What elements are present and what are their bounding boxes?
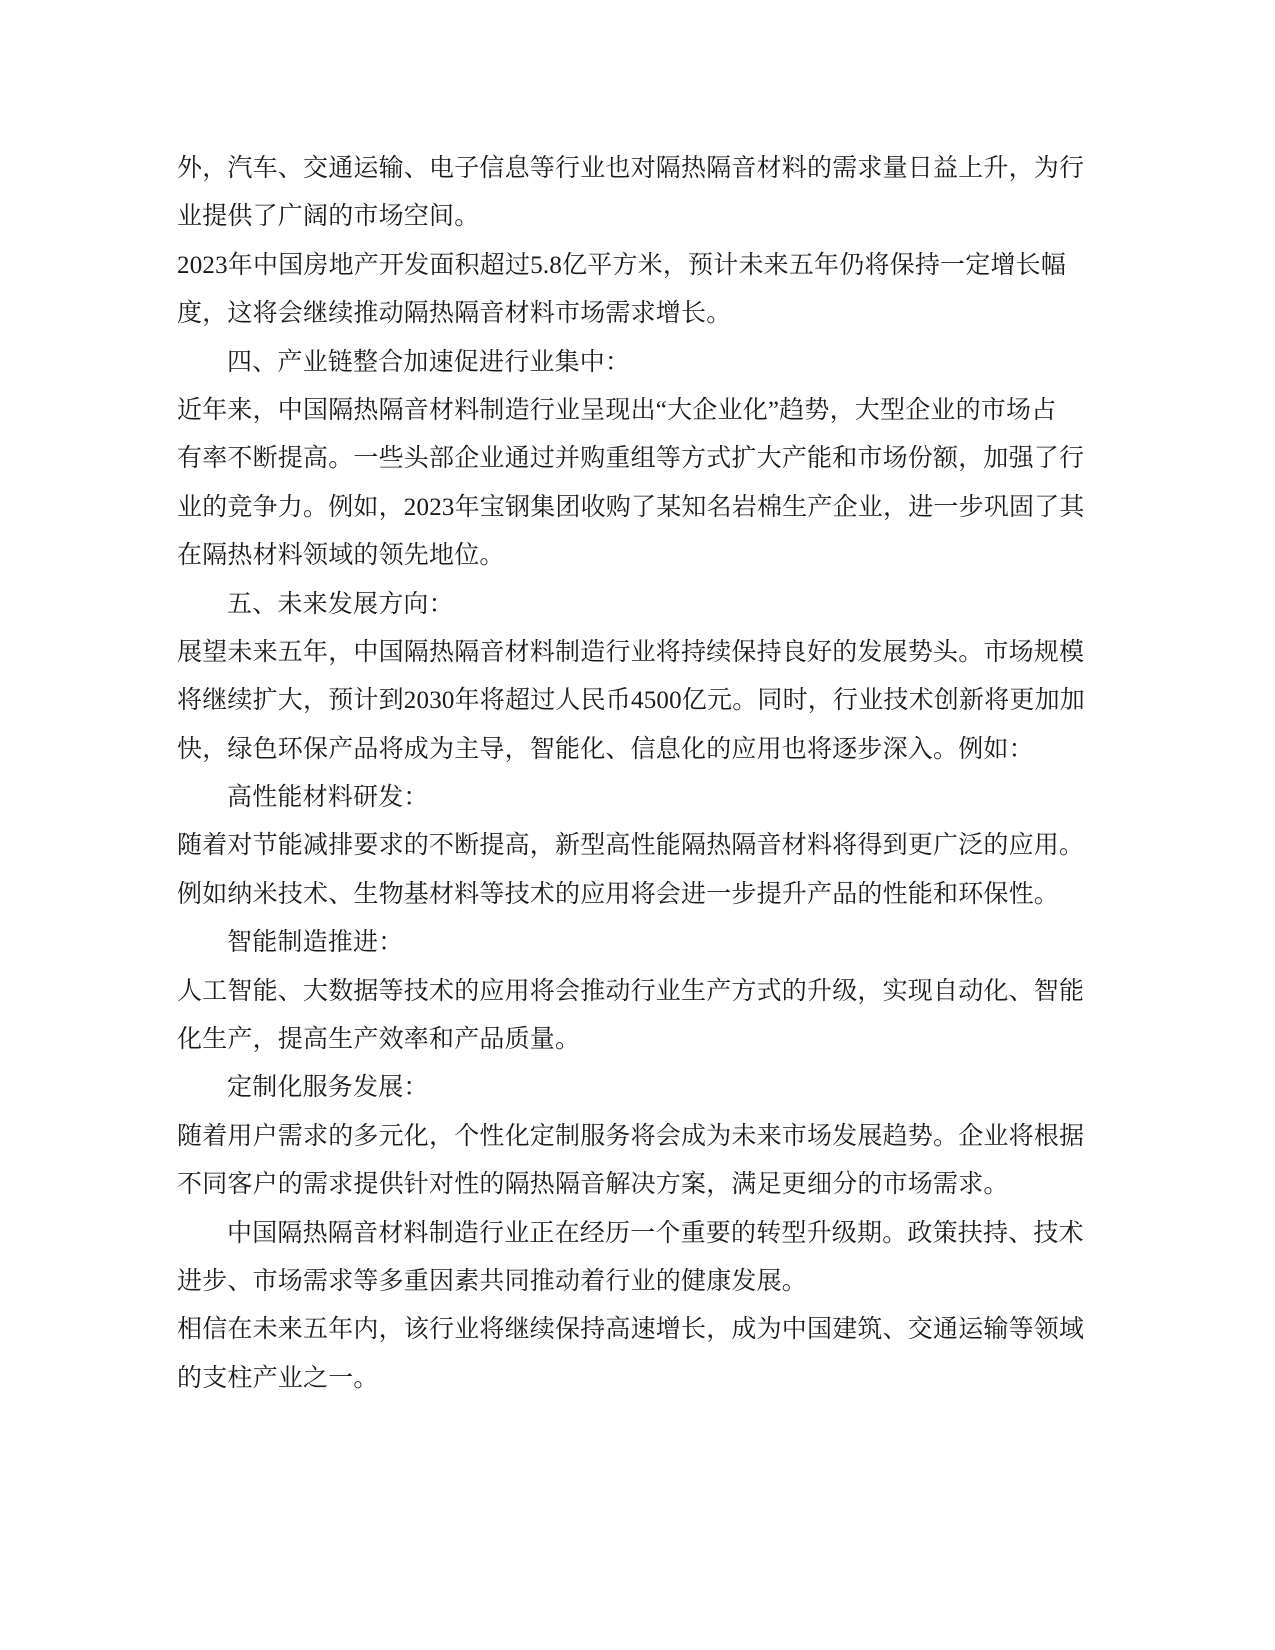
text-line: 高性能材料研发：	[177, 774, 1087, 822]
text-line: 不同客户的需求提供针对性的隔热隔音解决方案，满足更细分的市场需求。	[177, 1161, 1087, 1209]
text-line: 随着用户需求的多元化，个性化定制服务将会成为未来市场发展趋势。企业将根据	[177, 1113, 1087, 1161]
text-line: 相信在未来五年内，该行业将继续保持高速增长，成为中国建筑、交通运输等领域	[177, 1306, 1087, 1354]
text-line: 随着对节能减排要求的不断提高，新型高性能隔热隔音材料将得到更广泛的应用。	[177, 822, 1087, 870]
text-line: 快，绿色环保产品将成为主导，智能化、信息化的应用也将逐步深入。例如：	[177, 726, 1087, 774]
text-line: 近年来，中国隔热隔音材料制造行业呈现出“大企业化”趋势，大型企业的市场占	[177, 387, 1087, 435]
text-line: 外，汽车、交通运输、电子信息等行业也对隔热隔音材料的需求量日益上升，为行	[177, 145, 1087, 193]
text-line: 四、产业链整合加速促进行业集中：	[177, 339, 1087, 387]
text-line: 度，这将会继续推动隔热隔音材料市场需求增长。	[177, 290, 1087, 338]
text-line: 进步、市场需求等多重因素共同推动着行业的健康发展。	[177, 1258, 1087, 1306]
document-body: 外，汽车、交通运输、电子信息等行业也对隔热隔音材料的需求量日益上升，为行业提供了…	[177, 145, 1087, 1403]
text-line: 业的竞争力。例如，2023年宝钢集团收购了某知名岩棉生产企业，进一步巩固了其	[177, 484, 1087, 532]
text-line: 展望未来五年，中国隔热隔音材料制造行业将持续保持良好的发展势头。市场规模	[177, 629, 1087, 677]
text-line: 的支柱产业之一。	[177, 1355, 1087, 1403]
text-line: 智能制造推进：	[177, 919, 1087, 967]
document-page: 外，汽车、交通运输、电子信息等行业也对隔热隔音材料的需求量日益上升，为行业提供了…	[0, 0, 1275, 1650]
text-line: 将继续扩大，预计到2030年将超过人民币4500亿元。同时，行业技术创新将更加加	[177, 677, 1087, 725]
text-line: 例如纳米技术、生物基材料等技术的应用将会进一步提升产品的性能和环保性。	[177, 871, 1087, 919]
text-line: 中国隔热隔音材料制造行业正在经历一个重要的转型升级期。政策扶持、技术	[177, 1210, 1087, 1258]
text-line: 有率不断提高。一些头部企业通过并购重组等方式扩大产能和市场份额，加强了行	[177, 435, 1087, 483]
text-line: 化生产，提高生产效率和产品质量。	[177, 1016, 1087, 1064]
text-line: 在隔热材料领域的领先地位。	[177, 532, 1087, 580]
text-line: 2023年中国房地产开发面积超过5.8亿平方米，预计未来五年仍将保持一定增长幅	[177, 242, 1087, 290]
text-line: 人工智能、大数据等技术的应用将会推动行业生产方式的升级，实现自动化、智能	[177, 968, 1087, 1016]
text-line: 业提供了广阔的市场空间。	[177, 193, 1087, 241]
text-line: 定制化服务发展：	[177, 1064, 1087, 1112]
text-line: 五、未来发展方向：	[177, 581, 1087, 629]
